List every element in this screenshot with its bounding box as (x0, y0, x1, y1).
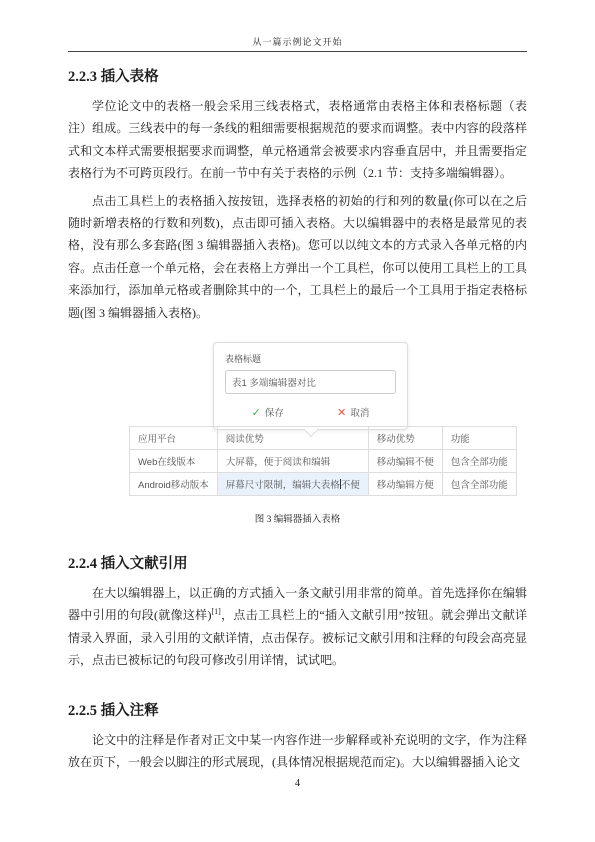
close-icon: ✕ (337, 406, 346, 419)
table-row: Web在线版本 大屏幕，便于阅读和编辑 移动编辑不便 包含全部功能 (130, 450, 517, 473)
table-header-cell[interactable]: 阅读优势 (217, 427, 368, 450)
table-cell[interactable]: Web在线版本 (130, 450, 218, 473)
section-heading-insert-citation: 2.2.4 插入文献引用 (68, 554, 527, 574)
table-header-cell[interactable]: 应用平台 (130, 427, 218, 450)
save-button[interactable]: ✓ 保存 (252, 405, 284, 419)
save-button-label: 保存 (265, 405, 284, 419)
table-cell-active[interactable]: 屏幕尺寸限制，编辑大表格不便 (217, 473, 368, 496)
header-rule (68, 51, 527, 52)
table-cell[interactable]: 包含全部功能 (442, 473, 516, 496)
table-row: Android移动版本 屏幕尺寸限制，编辑大表格不便 移动编辑方便 包含全部功能 (130, 473, 517, 496)
citation-marker: [1] (211, 607, 220, 616)
section-heading-insert-footnote: 2.2.5 插入注释 (68, 701, 527, 721)
table-cell[interactable]: 包含全部功能 (442, 450, 516, 473)
table-cell[interactable]: 移动编辑不便 (368, 450, 442, 473)
paragraph-footnote: 论文中的注释是作者对正文中某一内容作进一步解释或补充说明的文字，作为注释放在页下… (68, 729, 527, 774)
document-page: 从一篇示例论文开始 2.2.3 插入表格 学位论文中的表格一般会采用三线表格式，… (0, 0, 595, 842)
cancel-button-label: 取消 (350, 405, 369, 419)
table-caption-input[interactable]: 表1 多端编辑器对比 (225, 370, 396, 394)
page-number: 4 (0, 778, 595, 789)
check-icon: ✓ (252, 406, 261, 419)
figure-editor-insert-table: 表格标题 表1 多端编辑器对比 ✓ 保存 ✕ 取消 (68, 342, 527, 525)
table-cell[interactable]: 大屏幕，便于阅读和编辑 (217, 450, 368, 473)
cancel-button[interactable]: ✕ 取消 (337, 405, 369, 419)
table-header-cell[interactable]: 功能 (442, 427, 516, 450)
popup-actions: ✓ 保存 ✕ 取消 (225, 405, 396, 419)
figure-caption: 图 3 编辑器插入表格 (68, 511, 527, 525)
popup-title-label: 表格标题 (225, 352, 396, 365)
text-caret (340, 479, 341, 489)
comparison-table: 应用平台 阅读优势 移动优势 功能 Web在线版本 大屏幕，便于阅读和编辑 移动… (129, 426, 517, 496)
running-header: 从一篇示例论文开始 (68, 0, 527, 48)
embedded-screenshot: 表格标题 表1 多端编辑器对比 ✓ 保存 ✕ 取消 (68, 342, 527, 494)
paragraph-citation: 在大以编辑器上，以正确的方式插入一条文献引用非常的简单。首先选择你在编辑器中引用… (68, 582, 527, 672)
table-header-cell[interactable]: 移动优势 (368, 427, 442, 450)
table-cell[interactable]: Android移动版本 (130, 473, 218, 496)
paragraph-table-intro: 学位论文中的表格一般会采用三线表格式，表格通常由表格主体和表格标题（表注）组成。… (68, 95, 527, 185)
table-header-row: 应用平台 阅读优势 移动优势 功能 (130, 427, 517, 450)
section-heading-insert-table: 2.2.3 插入表格 (68, 67, 527, 87)
table-caption-popup: 表格标题 表1 多端编辑器对比 ✓ 保存 ✕ 取消 (213, 342, 408, 430)
paragraph-table-howto: 点击工具栏上的表格插入按按钮，选择表格的初始的行和列的数量(你可以在之后随时新增… (68, 190, 527, 324)
table-cell[interactable]: 移动编辑方便 (368, 473, 442, 496)
